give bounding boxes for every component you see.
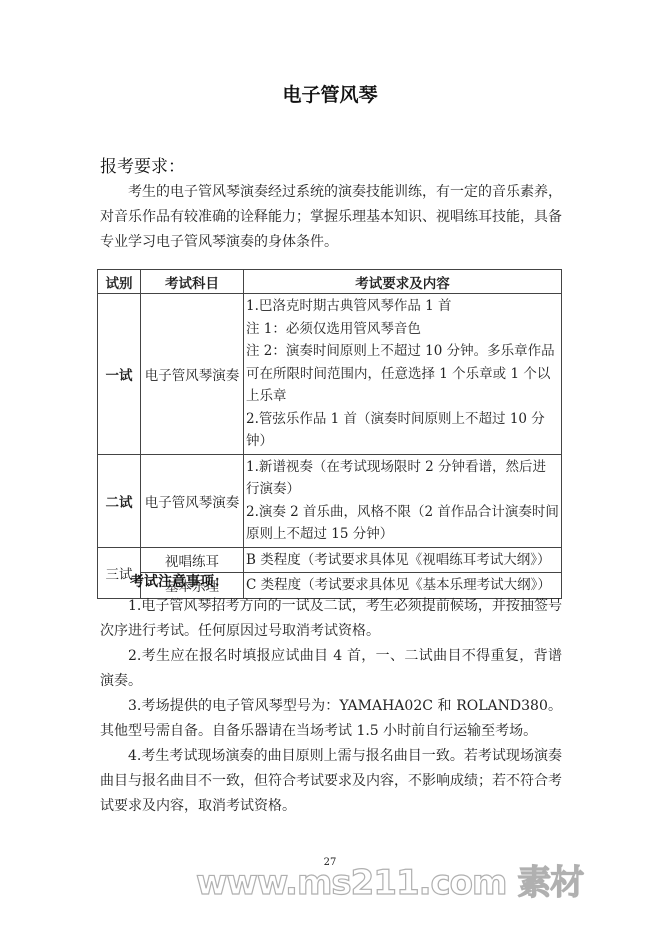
content-cell: 1.巴洛克时期古典管风琴作品 1 首 注 1：必须仅选用管风琴音色 注 2：演奏… [244,294,562,455]
content-line: 注 2：演奏时间原则上不超过 10 分钟。多乐章作品可在所限时间范围内，任意选择… [246,340,559,408]
note-item: 1.电子管风琴招考方向的一试及二试，考生必须提前候场，并按抽签号次序进行考试。任… [100,594,562,644]
subject-cell: 电子管风琴演奏 [141,454,244,547]
intro-paragraph: 考生的电子管风琴演奏经过系统的演奏技能训练，有一定的音乐素养，对音乐作品有较准确… [100,180,562,255]
content-line: 2.管弦乐作品 1 首（演奏时间原则上不超过 10 分钟） [246,408,559,453]
notes-list: 1.电子管风琴招考方向的一试及二试，考生必须提前候场，并按抽签号次序进行考试。任… [100,594,562,819]
table-row: 三试 视唱练耳 B 类程度（考试要求具体见《视唱练耳考试大纲》） [98,547,562,573]
note-item: 2.考生应在报名时填报应试曲目 4 首，一、二试曲目不得重复，背谱演奏。 [100,644,562,694]
table-row: 一试 电子管风琴演奏 1.巴洛克时期古典管风琴作品 1 首 注 1：必须仅选用管… [98,294,562,455]
content-cell: 1.新谱视奏（在考试现场限时 2 分钟看谱，然后进行演奏） 2.演奏 2 首乐曲… [244,454,562,547]
header-subject: 考试科目 [141,270,244,294]
exam-requirements-table: 试别 考试科目 考试要求及内容 一试 电子管风琴演奏 1.巴洛克时期古典管风琴作… [97,269,562,599]
note-item: 4.考生考试现场演奏的曲目原则上需与报名曲目一致。若考试现场演奏曲目与报名曲目不… [100,744,562,819]
content-line: 2.演奏 2 首乐曲，风格不限（2 首作品合计演奏时间原则上不超过 15 分钟） [246,501,559,546]
document-title: 电子管风琴 [0,80,660,107]
subject-cell: 电子管风琴演奏 [141,294,244,455]
subject-cell: 视唱练耳 [141,547,244,573]
content-line: 注 1：必须仅选用管风琴音色 [246,318,559,341]
content-line: 1.巴洛克时期古典管风琴作品 1 首 [246,295,559,318]
notes-heading: 考试注意事项： [130,571,228,591]
note-item: 3.考场提供的电子管风琴型号为：YAMAHA02C 和 ROLAND380。其他… [100,694,562,744]
round-cell: 二试 [98,454,141,547]
page-number: 27 [0,857,660,868]
header-round: 试别 [98,270,141,294]
table-row: 二试 电子管风琴演奏 1.新谱视奏（在考试现场限时 2 分钟看谱，然后进行演奏）… [98,454,562,547]
header-content: 考试要求及内容 [244,270,562,294]
round-cell: 一试 [98,294,141,455]
content-line: 1.新谱视奏（在考试现场限时 2 分钟看谱，然后进行演奏） [246,456,559,501]
content-cell: B 类程度（考试要求具体见《视唱练耳考试大纲》） [244,547,562,573]
table-header-row: 试别 考试科目 考试要求及内容 [98,270,562,294]
section-heading-requirements: 报考要求： [100,152,185,177]
